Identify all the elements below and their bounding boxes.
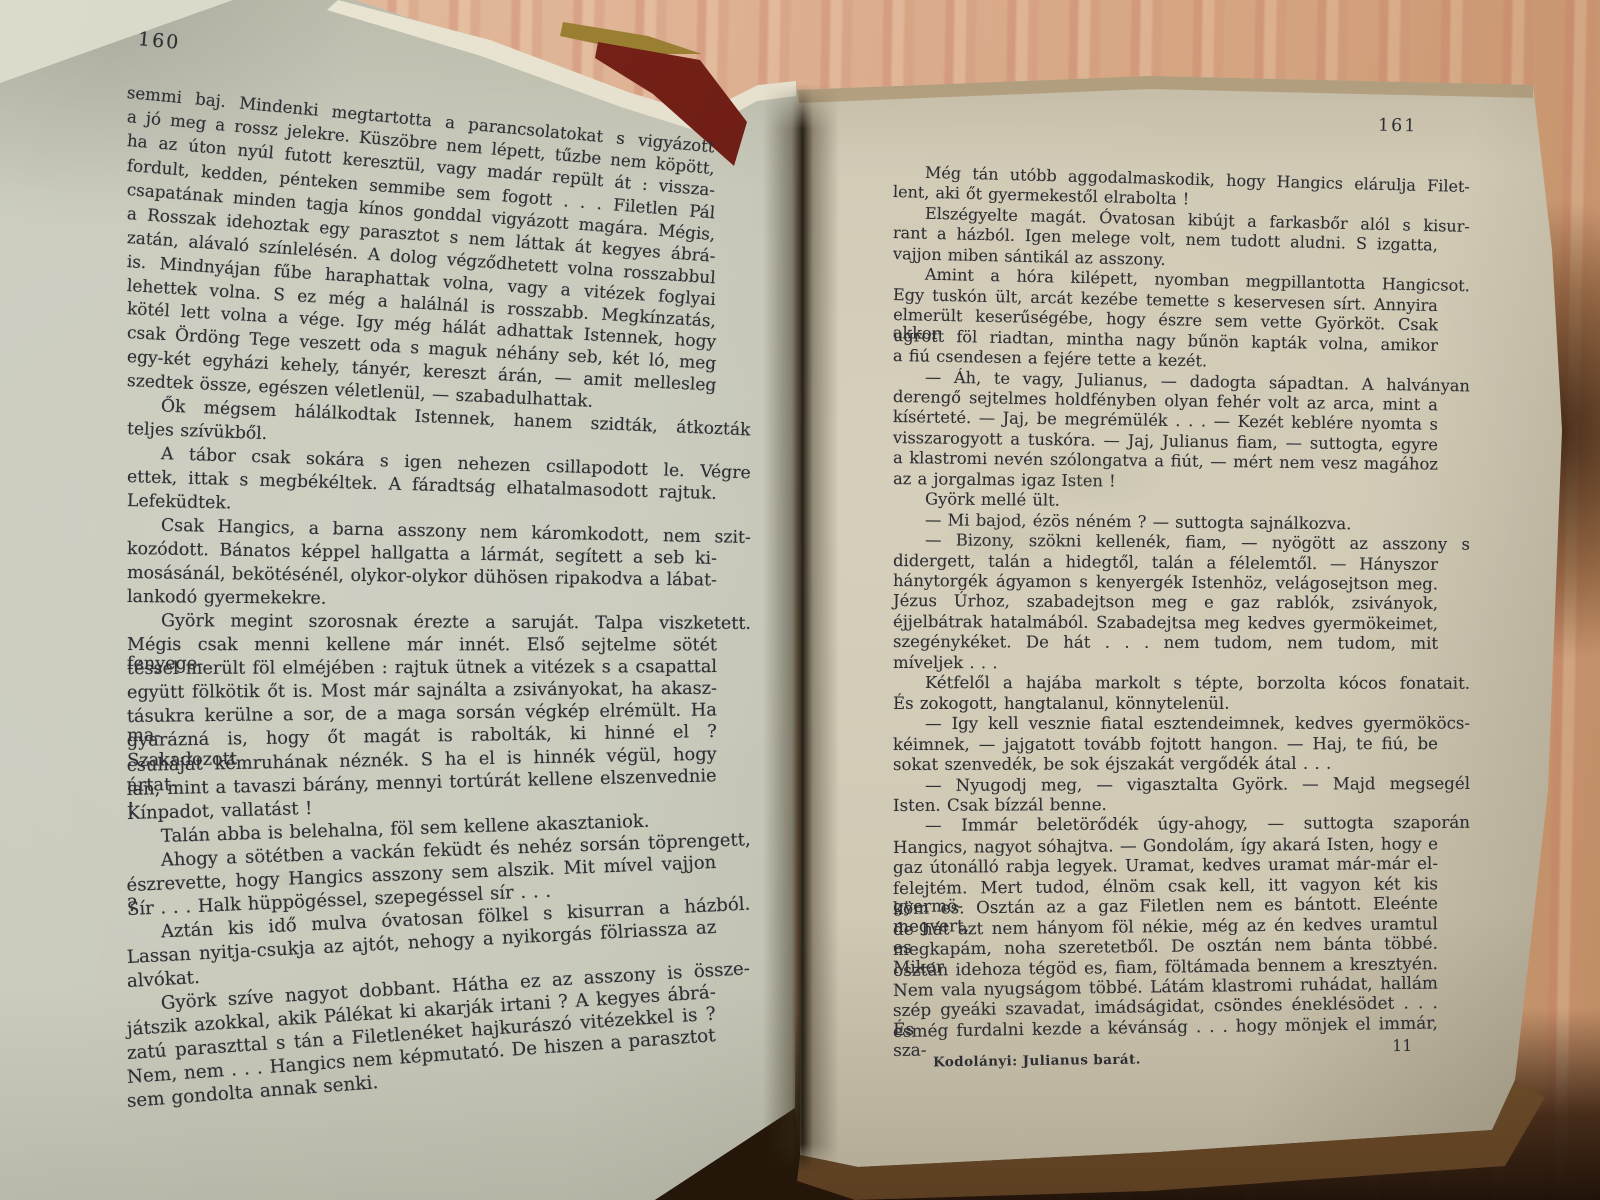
text-line: — Igy kell vesznie fiatal esztendeimnek,… xyxy=(893,715,1470,734)
text-line: lankodó gyermekekre. xyxy=(127,588,717,612)
left-page-text: semmi baj. Mindenki megtartotta a paranc… xyxy=(127,84,717,1144)
text-line: — Bizony, szökni kellenék, fiam, — nyögö… xyxy=(893,531,1470,554)
text-line: sokat szenvedék, be sok éjszakát vergődé… xyxy=(893,754,1438,774)
footer-book-reference: Kodolányi: Julianus barát. xyxy=(933,1052,1141,1071)
text-line: Györk megint szorosnak érezte a saruját.… xyxy=(127,612,751,634)
open-book-photo: 160 161 semmi baj. Mindenki megtartotta … xyxy=(0,0,1600,1200)
text-line: Jézus Úrhoz, szabadejtson meg e gaz rabl… xyxy=(893,592,1438,613)
text-line: kéimnek, — jajgatott tovább fojtott hang… xyxy=(893,735,1438,754)
text-line: éjjelbátrak hatalmából. Szabadejtsa meg … xyxy=(893,613,1438,633)
text-line: együtt fölkötik őt is. Most már sajnálta… xyxy=(127,680,717,704)
text-line: Kétfelől a hajába markolt s tépte, borzo… xyxy=(893,674,1470,693)
page-number-left: 160 xyxy=(137,28,181,54)
text-line: — Immár beletörődék úgy-ahogy, — suttogt… xyxy=(893,814,1470,836)
text-line: És zokogott, hangtalanul, könnytelenül. xyxy=(893,695,1438,713)
book-gutter-shadow xyxy=(763,84,839,1172)
text-line: mosásánál, bekötésénél, olykor-olykor dü… xyxy=(127,564,717,591)
right-page-text: Még tán utóbb aggodalmaskodik, hogy Hang… xyxy=(893,163,1438,1063)
text-line: Isten. Csak bízzál benne. xyxy=(893,794,1438,815)
page-number-right: 161 xyxy=(1378,116,1418,137)
text-line: hánytorgék ágyamon s kenyergék Istenhöz,… xyxy=(893,572,1438,594)
footer-signature-number: 11 xyxy=(1392,1036,1413,1055)
text-line: téssel merült föl elméjében : rajtuk ütn… xyxy=(127,658,717,679)
text-line: — Nyugodj meg, — vigasztalta Györk. — Ma… xyxy=(893,774,1470,794)
text-line: esmég furdalni kezde a kévánság . . . ho… xyxy=(893,1013,1439,1059)
text-line: míveljek . . . xyxy=(893,654,1438,673)
text-line: szegénykéket. De hát . . . nem tudom, ne… xyxy=(893,633,1438,653)
text-line: didergett, talán a hidegtől, talán a fél… xyxy=(893,552,1438,574)
